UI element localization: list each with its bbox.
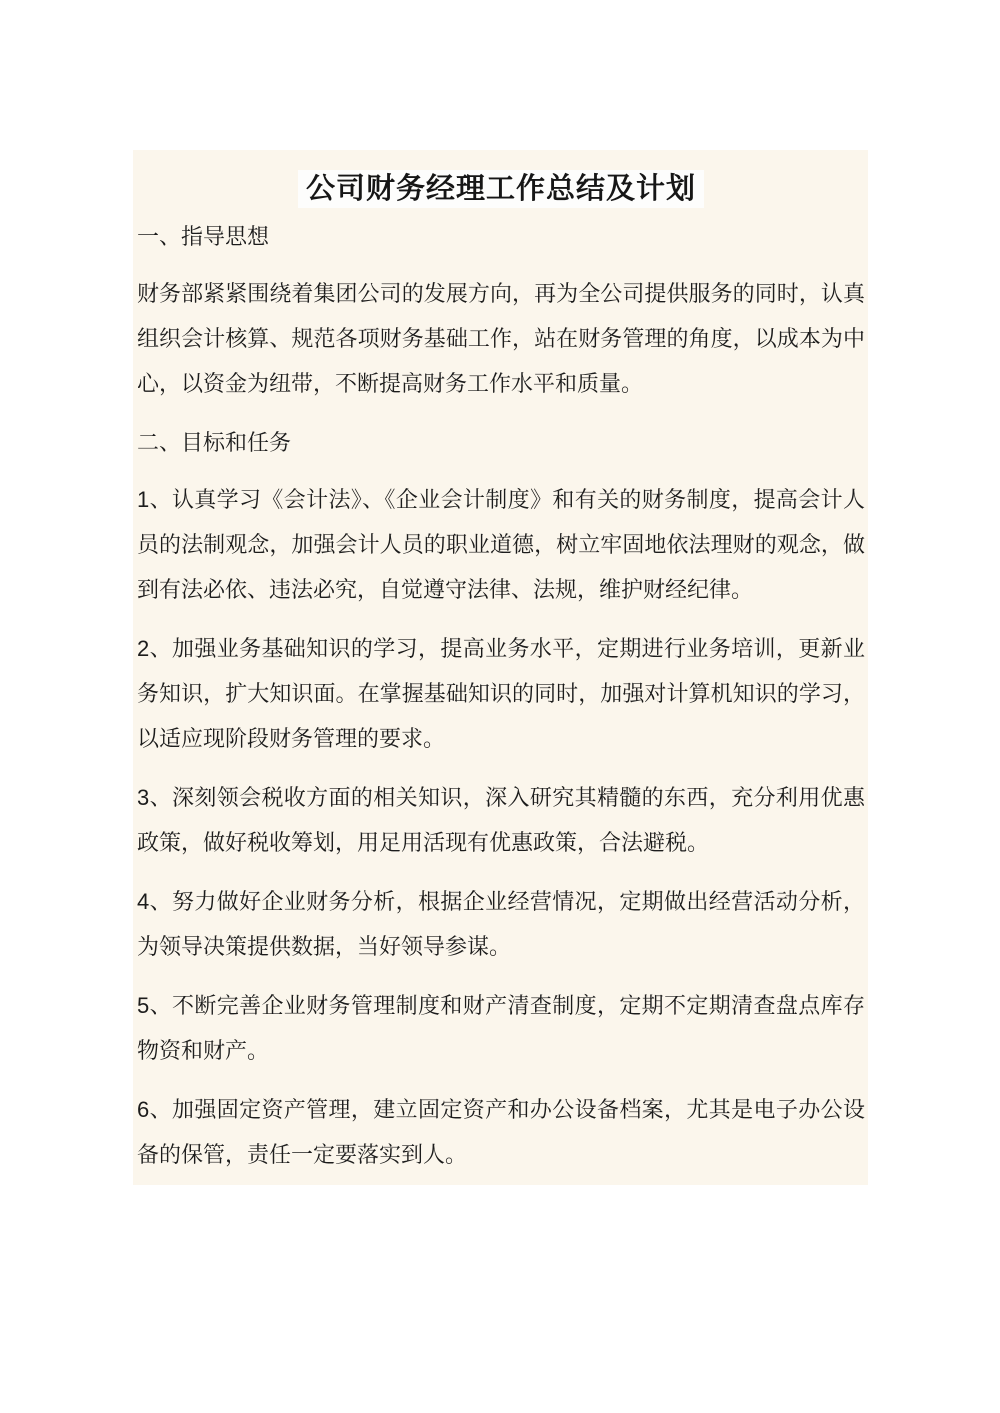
document-title: 公司财务经理工作总结及计划	[137, 170, 865, 208]
document-title-text: 公司财务经理工作总结及计划	[298, 170, 704, 208]
document-text-block: 公司财务经理工作总结及计划 一、指导思想 财务部紧紧围绕着集团公司的发展方向，再…	[133, 150, 868, 1185]
section-heading-guiding-ideology: 一、指导思想	[137, 214, 865, 259]
paragraph-task-6: 6、加强固定资产管理，建立固定资产和办公设备档案，尤其是电子办公设备的保管，责任…	[137, 1087, 865, 1177]
paragraph-task-3: 3、深刻领会税收方面的相关知识，深入研究其精髓的东西，充分利用优惠政策，做好税收…	[137, 775, 865, 865]
paragraph-task-2: 2、加强业务基础知识的学习，提高业务水平，定期进行业务培训，更新业务知识，扩大知…	[137, 626, 865, 761]
paragraph-task-5: 5、不断完善企业财务管理制度和财产清查制度，定期不定期清查盘点库存物资和财产。	[137, 983, 865, 1073]
paragraph-guiding-ideology: 财务部紧紧围绕着集团公司的发展方向，再为全公司提供服务的同时，认真组织会计核算、…	[137, 271, 865, 406]
document-page: 公司财务经理工作总结及计划 一、指导思想 财务部紧紧围绕着集团公司的发展方向，再…	[0, 0, 1000, 1413]
section-heading-goals-tasks: 二、目标和任务	[137, 420, 865, 465]
paragraph-task-4: 4、努力做好企业财务分析，根据企业经营情况，定期做出经营活动分析，为领导决策提供…	[137, 879, 865, 969]
paragraph-task-1: 1、认真学习《会计法》、《企业会计制度》和有关的财务制度，提高会计人员的法制观念…	[137, 477, 865, 612]
